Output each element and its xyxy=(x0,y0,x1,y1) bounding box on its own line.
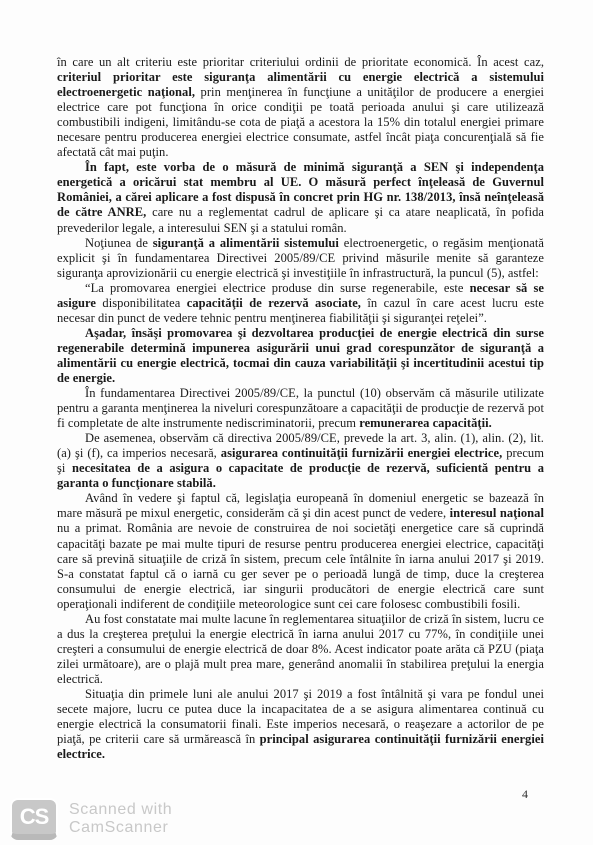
paragraph: Situaţia din primele luni ale anului 201… xyxy=(57,687,544,762)
bold-text-run: asigurarea continuităţii furnizării ener… xyxy=(221,446,503,460)
paragraph: Noţiunea de siguranţă a alimentării sist… xyxy=(57,236,544,281)
document-text: în care un alt criteriu este prioritar c… xyxy=(57,55,544,762)
paragraph: În fundamentarea Directivei 2005/89/CE, … xyxy=(57,386,544,431)
text-run: Noţiunea de xyxy=(85,236,153,250)
text-run: disponibilitatea xyxy=(96,296,187,310)
paragraph: în care un alt criteriu este prioritar c… xyxy=(57,55,544,160)
page-number: 4 xyxy=(522,787,528,802)
camscanner-watermark: CS Scanned with CamScanner xyxy=(10,798,172,840)
paragraph: De asemenea, observăm că directiva 2005/… xyxy=(57,431,544,491)
text-run: Au fost constatate mai multe lacune în r… xyxy=(57,612,544,686)
bold-text-run: siguranţă a alimentării sistemului xyxy=(153,236,339,250)
camscanner-logo-icon: CS xyxy=(10,798,58,840)
text-run: în care un alt criteriu este prioritar c… xyxy=(57,55,544,69)
bold-text-run: capacităţii de rezervă asociate, xyxy=(187,296,361,310)
paragraph: “La promovarea energiei electrice produs… xyxy=(57,281,544,326)
scanned-page: în care un alt criteriu este prioritar c… xyxy=(0,0,593,845)
camscanner-label-line1: Scanned with xyxy=(69,801,172,819)
camscanner-logo-text: CS xyxy=(20,804,49,830)
camscanner-label-line2: CamScanner xyxy=(69,819,172,837)
paragraph: Au fost constatate mai multe lacune în r… xyxy=(57,612,544,687)
bold-text-run: Aşadar, însăşi promovarea şi dezvoltarea… xyxy=(57,326,544,385)
bold-text-run: necesitatea de a asigura o capacitate de… xyxy=(57,461,544,490)
paragraph: Aşadar, însăşi promovarea şi dezvoltarea… xyxy=(57,326,544,386)
bold-text-run: remunerarea capacităţii. xyxy=(359,416,492,430)
text-run: nu a primat. România are nevoie de const… xyxy=(57,521,544,610)
camscanner-label: Scanned with CamScanner xyxy=(69,801,172,837)
paragraph: În fapt, este vorba de o măsură de minim… xyxy=(57,160,544,235)
bold-text-run: interesul naţional xyxy=(450,506,544,520)
paragraph: Având în vedere şi faptul că, legislaţia… xyxy=(57,491,544,611)
text-run: “La promovarea energiei electrice produs… xyxy=(85,281,470,295)
